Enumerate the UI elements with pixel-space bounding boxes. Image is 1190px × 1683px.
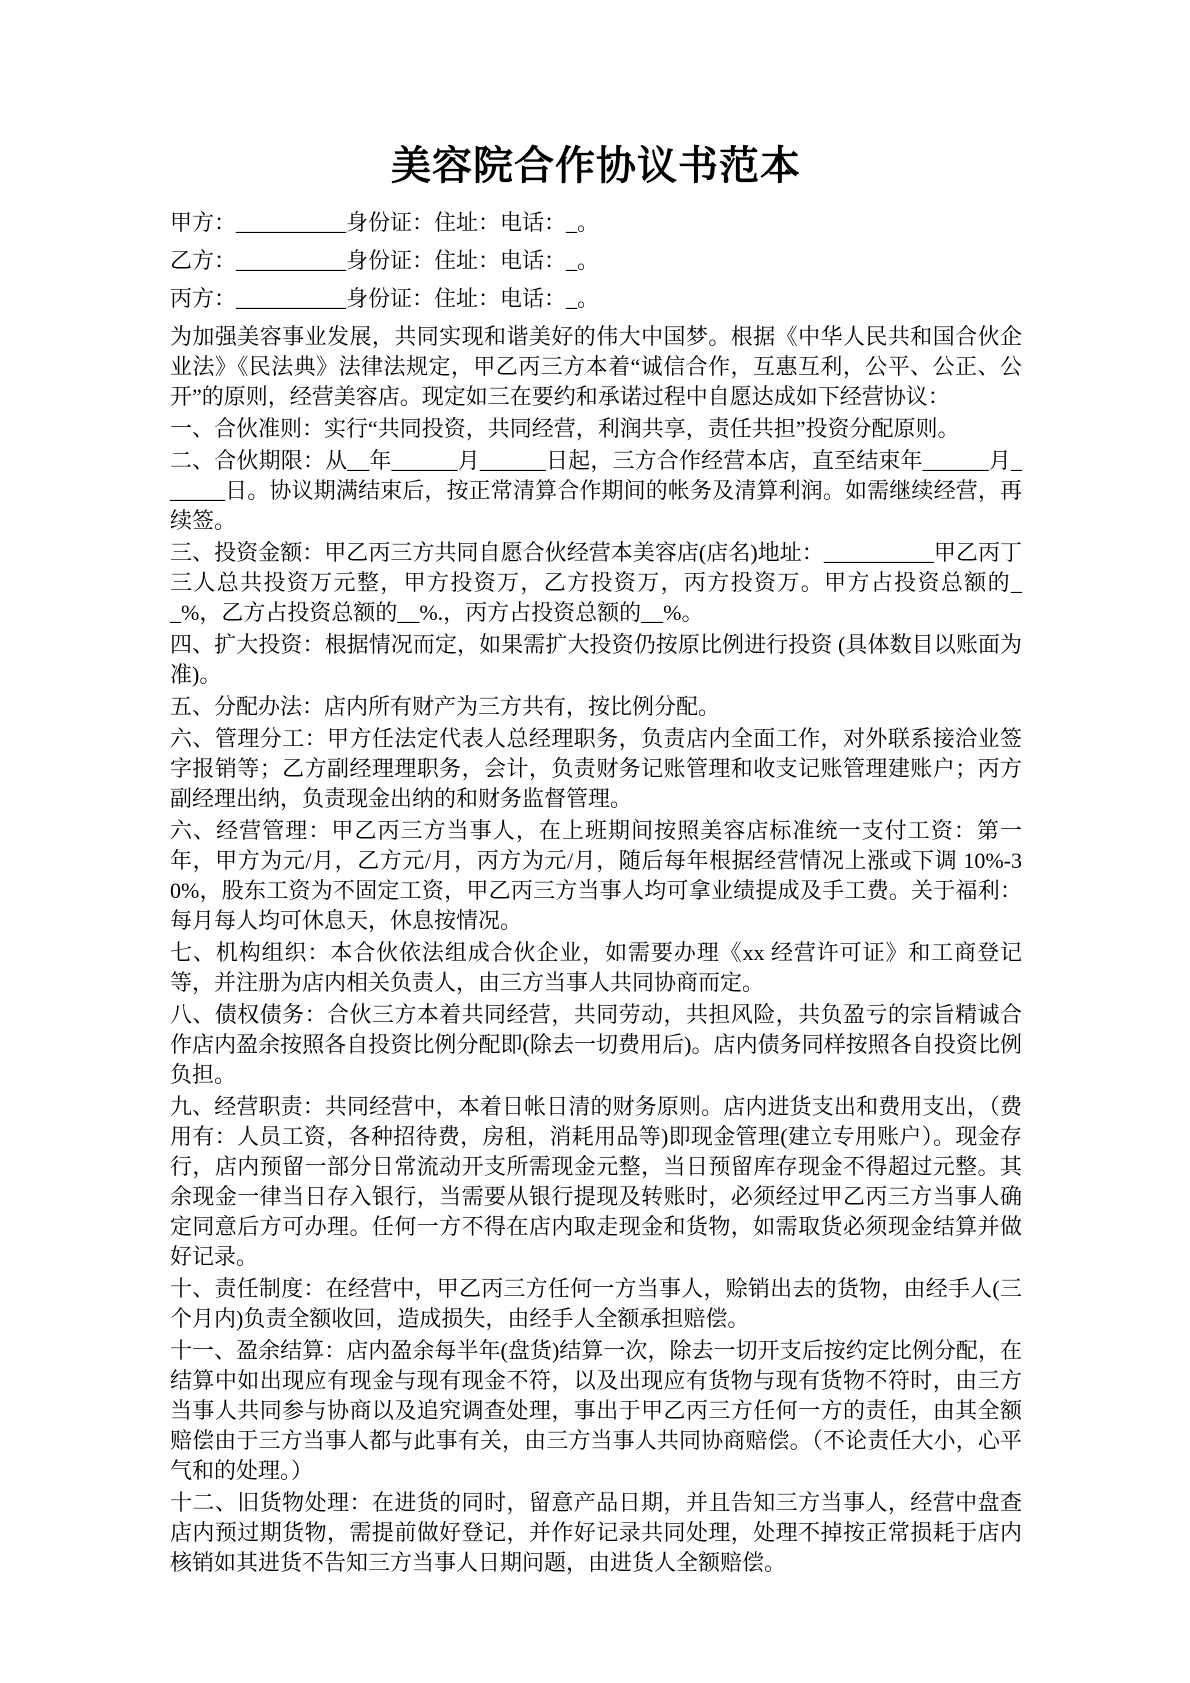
party-lines: 甲方：__________身份证：住址：电话：_。 乙方：__________身… xyxy=(170,204,1022,318)
paragraph-clause-4: 四、扩大投资：根据情况而定，如果需扩大投资仍按原比例进行投资 (具体数目以账面为… xyxy=(170,630,1022,690)
document-page: 美容院合作协议书范本 甲方：__________身份证：住址：电话：_。 乙方：… xyxy=(0,0,1190,1683)
party-line-jiafang: 甲方：__________身份证：住址：电话：_。 xyxy=(170,204,1022,242)
paragraph-clause-10: 十、责任制度：在经营中，甲乙丙三方任何一方当事人，赊销出去的货物，由经手人(三个… xyxy=(170,1274,1022,1334)
paragraph-intro: 为加强美容事业发展，共同实现和谐美好的伟大中国梦。根据《中华人民共和国合伙企业法… xyxy=(170,322,1022,412)
paragraph-clause-12: 十二、旧货物处理：在进货的同时，留意产品日期，并且告知三方当事人，经营中盘查店内… xyxy=(170,1488,1022,1578)
paragraph-clause-7: 七、机构组织：本合伙依法组成合伙企业，如需要办理《xx 经营许可证》和工商登记等… xyxy=(170,938,1022,998)
page-title: 美容院合作协议书范本 xyxy=(170,142,1022,190)
paragraph-clause-6-mgmt: 六、管理分工：甲方任法定代表人总经理职务，负责店内全面工作，对外联系接洽业签字报… xyxy=(170,724,1022,814)
paragraph-clause-5: 五、分配办法：店内所有财产为三方共有，按比例分配。 xyxy=(170,692,1022,722)
paragraph-clause-6-oper: 六、经营管理：甲乙丙三方当事人，在上班期间按照美容店标准统一支付工资：第一年，甲… xyxy=(170,816,1022,936)
paragraph-clause-9: 九、经营职责：共同经营中，本着日帐日清的财务原则。店内进货支出和费用支出，（费用… xyxy=(170,1092,1022,1272)
paragraph-clause-8: 八、债权债务：合伙三方本着共同经营，共同劳动，共担风险，共负盈亏的宗旨精诚合作店… xyxy=(170,1000,1022,1090)
paragraph-clause-3: 三、投资金额：甲乙丙三方共同自愿合伙经营本美容店(店名)地址：_________… xyxy=(170,538,1022,628)
paragraph-clause-2: 二、合伙期限：从__年______月______日起，三方合作经营本店，直至结束… xyxy=(170,446,1022,536)
party-line-yifang: 乙方：__________身份证：住址：电话：_。 xyxy=(170,242,1022,280)
paragraph-clause-11: 十一、盈余结算：店内盈余每半年(盘货)结算一次，除去一切开支后按约定比例分配，在… xyxy=(170,1336,1022,1486)
party-line-bingfang: 丙方：__________身份证：住址：电话：_。 xyxy=(170,280,1022,318)
document-body: 为加强美容事业发展，共同实现和谐美好的伟大中国梦。根据《中华人民共和国合伙企业法… xyxy=(170,322,1022,1578)
paragraph-clause-1: 一、合伙准则：实行“共同投资，共同经营，利润共享，责任共担”投资分配原则。 xyxy=(170,414,1022,444)
